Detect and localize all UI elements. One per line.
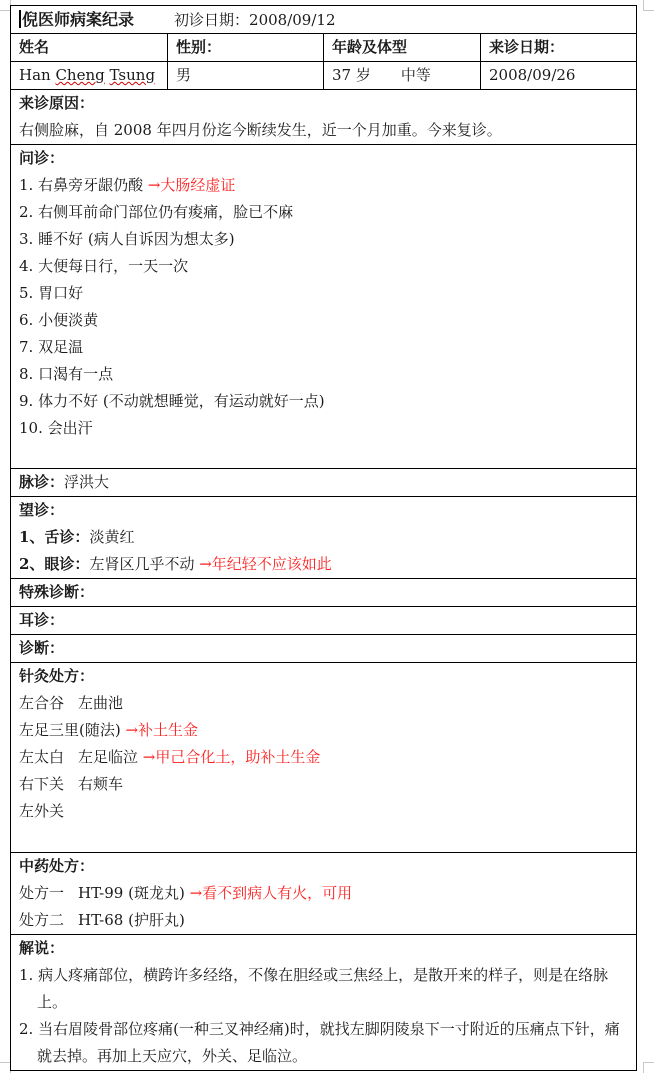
prescription-note: →看不到病人有火，可用 — [190, 884, 353, 902]
pulse-text: 浮洪大 — [64, 473, 109, 491]
first-visit-label: 初诊日期： — [174, 11, 249, 29]
acupoint: 右下关 — [19, 775, 64, 793]
pulse-section[interactable]: 脉诊：浮洪大 — [11, 469, 636, 497]
inquiry-item: 1. 右鼻旁牙龈仍酸 →大肠经虚证 — [19, 172, 636, 199]
acupoint: 左足三里(随法) — [19, 721, 125, 739]
patient-gender[interactable]: 男 — [168, 62, 324, 89]
acupuncture-section[interactable]: 针灸处方： 左合谷左曲池 左足三里(随法) →补土生金 左太白左足临泣 →甲己合… — [11, 663, 636, 853]
acupoint-note: →补土生金 — [125, 721, 198, 739]
diagnosis-section[interactable]: 诊断： — [11, 635, 636, 663]
reason-label: 来诊原因： — [19, 90, 636, 117]
medical-record-table: 倪医师病案纪录初诊日期：2008/09/12 姓名 性别： 年龄及体型 来诊日期… — [10, 5, 637, 1071]
herbal-section[interactable]: 中药处方： 处方一HT-99 (斑龙丸) →看不到病人有火，可用 处方二HT-6… — [11, 853, 636, 935]
observation-item-text: 淡黄红 — [89, 528, 134, 546]
herbal-label: 中药处方： — [19, 853, 636, 880]
inquiry-item: 3. 睡不好 (病人自诉因为想太多) — [19, 226, 636, 253]
acupuncture-item: 右下关右颊车 — [19, 771, 636, 798]
acupuncture-item: 左足三里(随法) →补土生金 — [19, 717, 636, 744]
observation-item-note: →年纪轻不应该如此 — [199, 555, 332, 573]
age-header: 年龄及体型 — [324, 34, 481, 61]
inquiry-item: 2. 右侧耳前命门部位仍有痠痛，脸已不麻 — [19, 199, 636, 226]
inquiry-item-text: 1. 右鼻旁牙龈仍酸 — [19, 176, 148, 194]
name-part-misspelled: Cheng — [55, 66, 104, 84]
inquiry-label: 问诊： — [19, 145, 636, 172]
patient-age: 37 岁 — [332, 66, 371, 84]
first-visit-date: 2008/09/12 — [249, 11, 335, 29]
reason-text: 右侧脸麻，自 2008 年四月份迄今断续发生，近一个月加重。今来复诊。 — [19, 117, 636, 144]
acupuncture-item: 左合谷左曲池 — [19, 690, 636, 717]
prescription-formula: HT-68 (护肝丸) — [78, 911, 185, 929]
visit-date-header: 来诊日期： — [481, 34, 636, 61]
inquiry-section[interactable]: 问诊： 1. 右鼻旁牙龈仍酸 →大肠经虚证 2. 右侧耳前命门部位仍有痠痛，脸已… — [11, 145, 636, 469]
explanation-item: 2. 当右眉陵骨部位疼痛(一种三叉神经痛)时，就找左脚阴陵泉下一寸附近的压痛点下… — [19, 1016, 630, 1070]
prescription-label: 处方一 — [19, 884, 64, 902]
prescription-label: 处方二 — [19, 911, 64, 929]
acupuncture-item: 左太白左足临泣 →甲己合化土，助补土生金 — [19, 744, 636, 771]
observation-section[interactable]: 望诊： 1、舌诊：淡黄红 2、眼诊：左肾区几乎不动 →年纪轻不应该如此 — [11, 497, 636, 579]
observation-item-label: 2、眼诊： — [19, 555, 89, 573]
herbal-item: 处方二HT-68 (护肝丸) — [19, 907, 636, 934]
patient-header-row: 姓名 性别： 年龄及体型 来诊日期： — [11, 34, 636, 62]
patient-age-body[interactable]: 37 岁中等 — [324, 62, 481, 89]
name-part-misspelled: Tsung — [110, 66, 156, 84]
special-diagnosis-section[interactable]: 特殊诊断： — [11, 579, 636, 607]
page-corner-mark — [643, 0, 654, 11]
reason-section[interactable]: 来诊原因： 右侧脸麻，自 2008 年四月份迄今断续发生，近一个月加重。今来复诊… — [11, 90, 636, 145]
acupoint: 左曲池 — [78, 694, 123, 712]
inquiry-item-note: →大肠经虚证 — [148, 176, 236, 194]
observation-item-label: 1、舌诊： — [19, 528, 89, 546]
name-header: 姓名 — [11, 34, 168, 61]
patient-visit-date[interactable]: 2008/09/26 — [481, 62, 636, 89]
acupoint: 左合谷 — [19, 694, 64, 712]
acupuncture-item: 左外关 — [19, 798, 636, 825]
inquiry-item: 7. 双足温 — [19, 334, 636, 361]
inquiry-item: 5. 胃口好 — [19, 280, 636, 307]
observation-label: 望诊： — [19, 497, 636, 524]
page-corner-mark — [643, 1062, 654, 1073]
prescription-formula: HT-99 (斑龙丸) — [78, 884, 190, 902]
record-title: 倪医师病案纪录 — [22, 10, 134, 29]
acupoint: 左太白 — [19, 748, 64, 766]
acupoint: 左足临泣 — [78, 748, 143, 766]
inquiry-item: 9. 体力不好 (不动就想睡觉，有运动就好一点) — [19, 388, 636, 415]
explanation-label: 解说： — [19, 935, 630, 962]
text-cursor — [19, 10, 21, 28]
acupoint-note: →甲己合化土，助补土生金 — [143, 748, 321, 766]
patient-values-row: Han Cheng Tsung 男 37 岁中等 2008/09/26 — [11, 62, 636, 90]
explanation-item: 1. 病人疼痛部位，横跨许多经络，不像在胆经或三焦经上，是散开来的样子，则是在络… — [19, 962, 630, 1016]
inquiry-item: 8. 口渴有一点 — [19, 361, 636, 388]
acupuncture-label: 针灸处方： — [19, 663, 636, 690]
name-part: Han — [19, 66, 55, 84]
inquiry-item: 4. 大便每日行，一天一次 — [19, 253, 636, 280]
observation-item: 2、眼诊：左肾区几乎不动 →年纪轻不应该如此 — [19, 551, 636, 578]
patient-body-type: 中等 — [401, 66, 431, 84]
pulse-label: 脉诊： — [19, 473, 64, 491]
inquiry-item: 10. 会出汗 — [19, 415, 636, 442]
ear-diagnosis-section[interactable]: 耳诊： — [11, 607, 636, 635]
record-header-row: 倪医师病案纪录初诊日期：2008/09/12 — [11, 6, 636, 34]
patient-name[interactable]: Han Cheng Tsung — [11, 62, 168, 89]
explanation-section[interactable]: 解说： 1. 病人疼痛部位，横跨许多经络，不像在胆经或三焦经上，是散开来的样子，… — [11, 935, 636, 1070]
herbal-item: 处方一HT-99 (斑龙丸) →看不到病人有火，可用 — [19, 880, 636, 907]
gender-header: 性别： — [168, 34, 324, 61]
inquiry-item: 6. 小便淡黄 — [19, 307, 636, 334]
observation-item-text: 左肾区几乎不动 — [89, 555, 199, 573]
observation-item: 1、舌诊：淡黄红 — [19, 524, 636, 551]
acupoint: 右颊车 — [78, 775, 123, 793]
